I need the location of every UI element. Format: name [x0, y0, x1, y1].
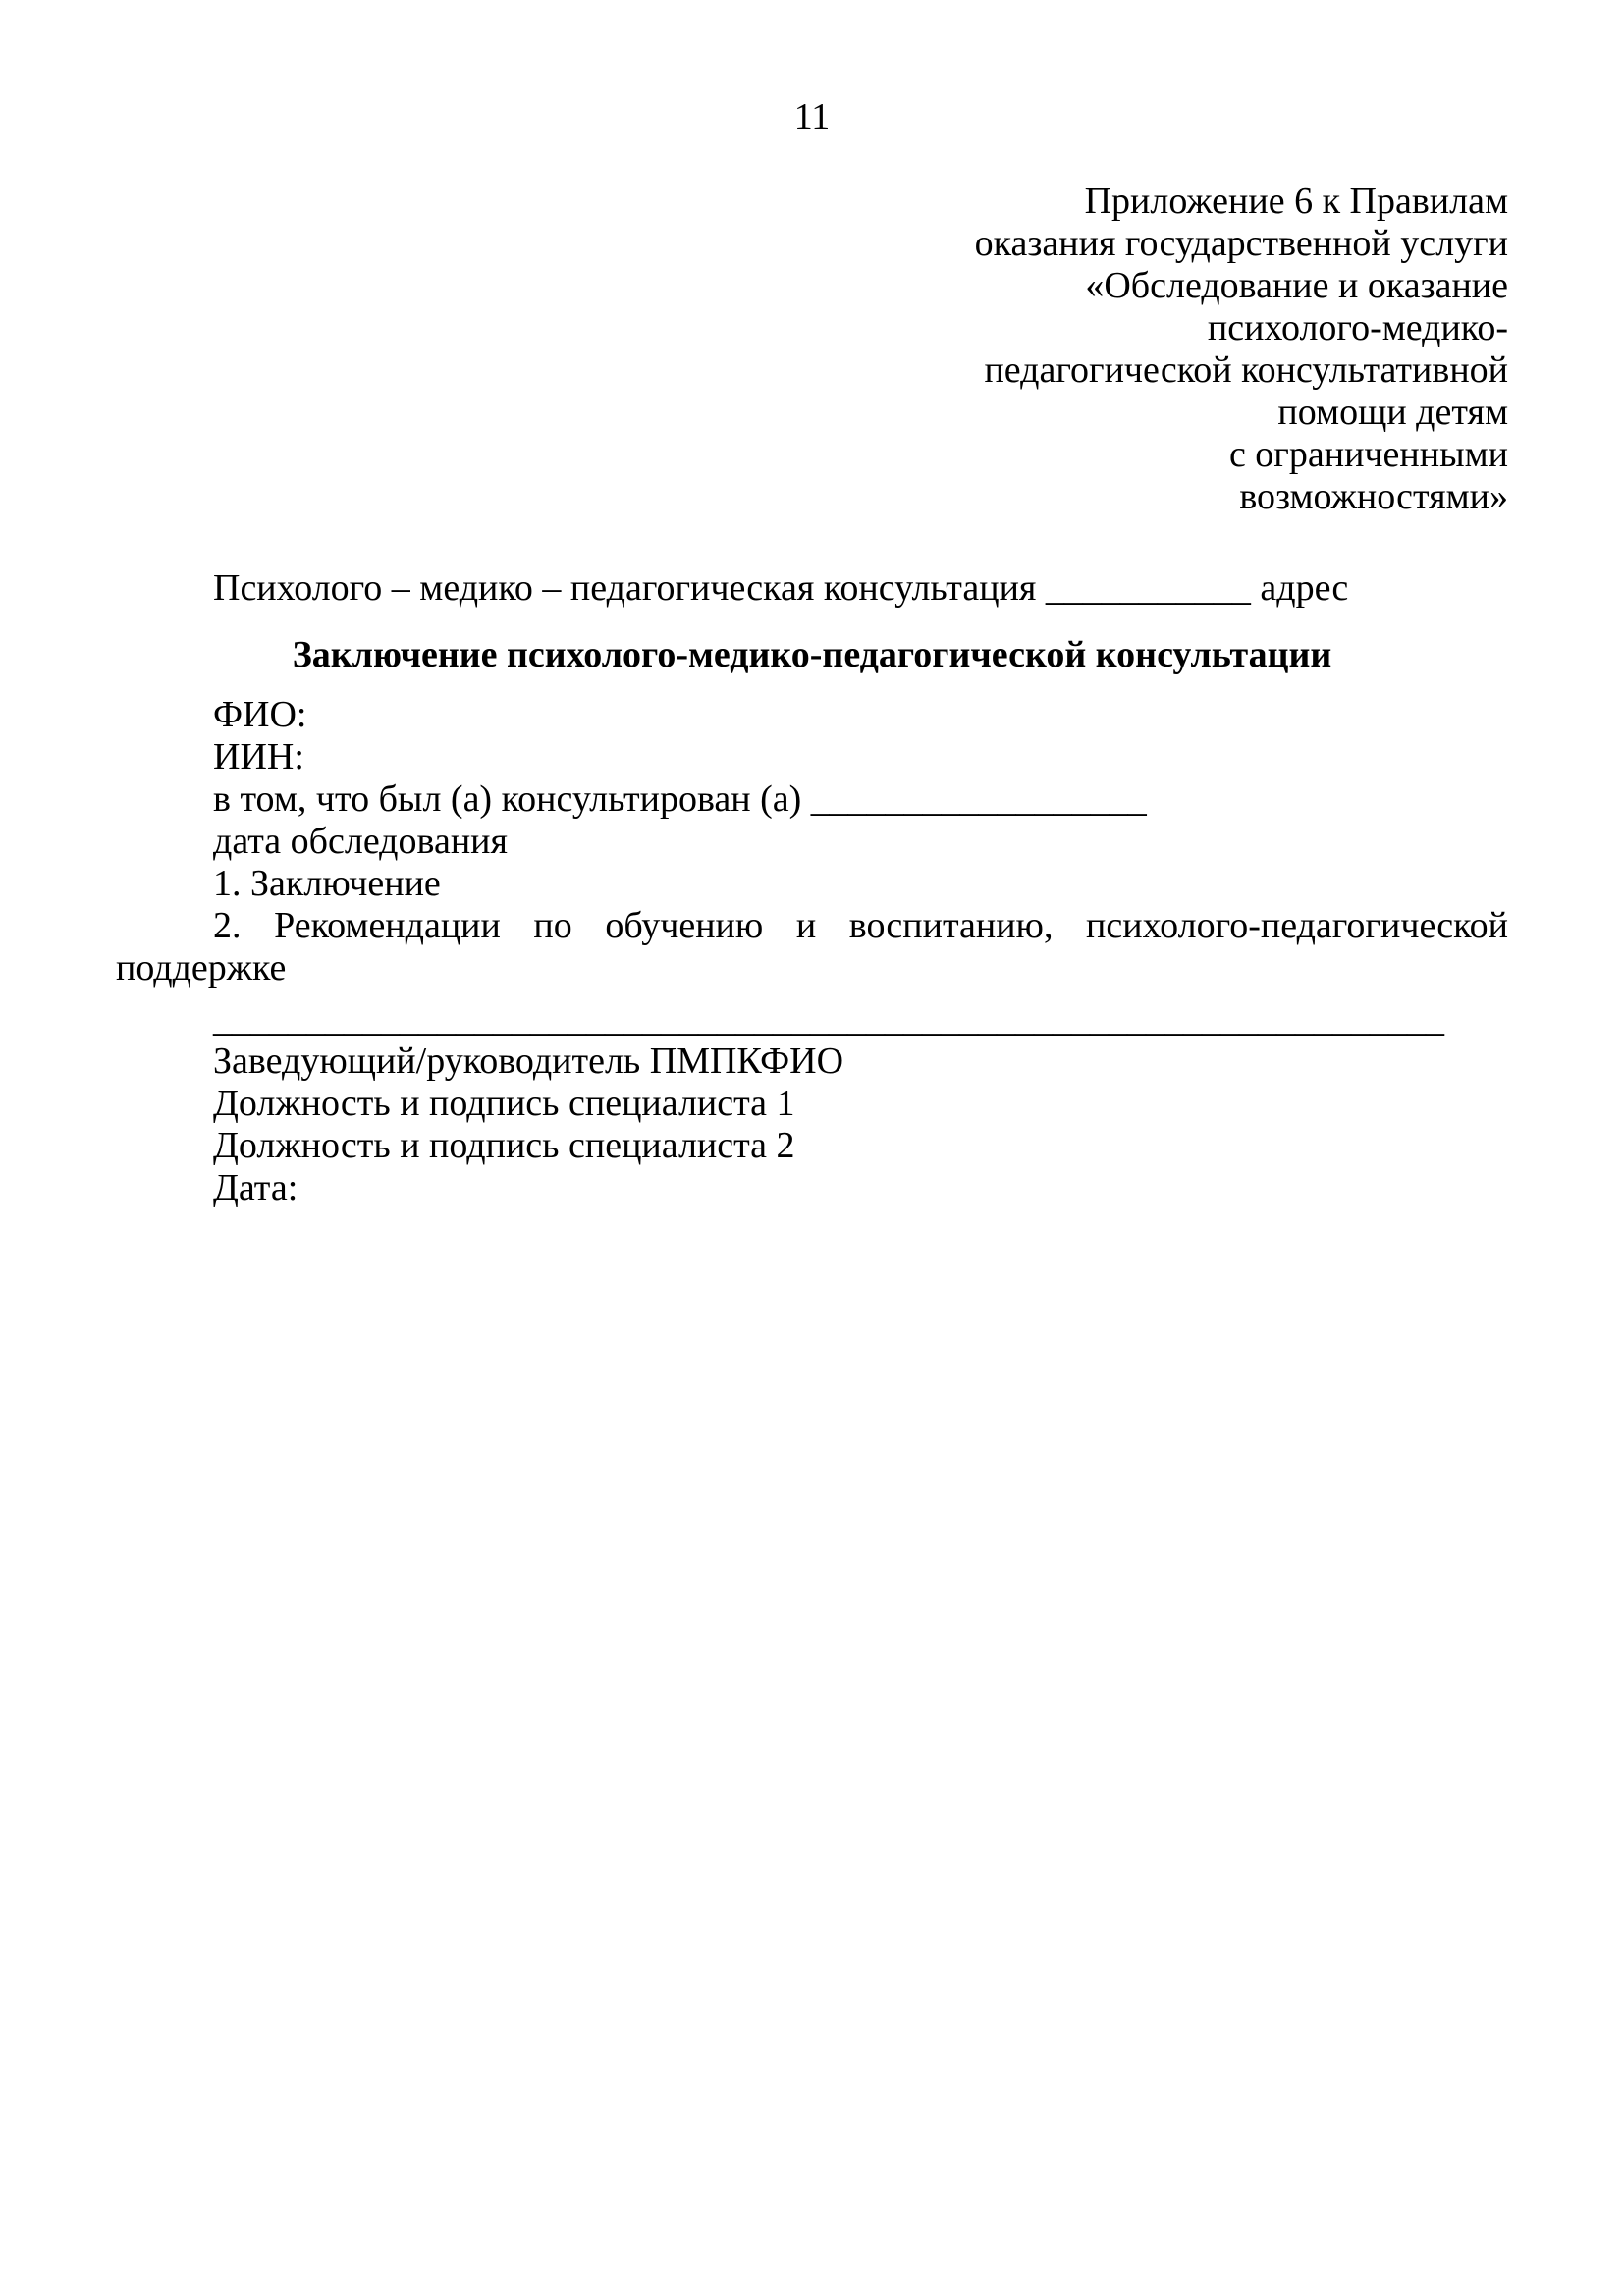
- iin-line: ИИН:: [116, 736, 1508, 778]
- exam-date-line: дата обследования: [116, 821, 1508, 863]
- appendix-line: Приложение 6 к Правилам: [116, 181, 1508, 223]
- recommendations-item-line-2: поддержке: [116, 947, 1508, 989]
- appendix-line: помощи детям: [116, 392, 1508, 434]
- document-title: Заключение психолого-медико-педагогическ…: [116, 634, 1508, 676]
- appendix-line: оказания государственной услуги: [116, 223, 1508, 265]
- appendix-line: педагогической консультативной: [116, 349, 1508, 392]
- head-signature-line: Заведующий/руководитель ПМПКФИО: [116, 1041, 1508, 1083]
- document-page: 11 Приложение 6 к Правилам оказания госу…: [0, 0, 1624, 2296]
- appendix-line: «Обследование и оказание: [116, 265, 1508, 307]
- page-number: 11: [116, 96, 1508, 138]
- recommendations-item-line-1: 2. Рекомендации по обучению и воспитанию…: [116, 905, 1508, 947]
- appendix-line: с ограниченными: [116, 434, 1508, 476]
- form-body: ФИО: ИИН: в том, что был (а) консультиро…: [116, 694, 1508, 1041]
- consulted-line: в том, что был (а) консультирован (а) __…: [116, 778, 1508, 821]
- appendix-reference: Приложение 6 к Правилам оказания государ…: [116, 181, 1508, 518]
- separator-line: ________________________________________…: [116, 998, 1508, 1041]
- consultation-name-blank: ___________: [1046, 567, 1251, 609]
- appendix-line: психолого-медико-: [116, 307, 1508, 349]
- appendix-line: возможностями»: [116, 476, 1508, 518]
- specialist1-signature-line: Должность и подпись специалиста 1: [116, 1083, 1508, 1125]
- consultation-intro-text: Психолого – медико – педагогическая конс…: [213, 567, 1036, 609]
- specialist2-signature-line: Должность и подпись специалиста 2: [116, 1125, 1508, 1167]
- consulted-text: в том, что был (а) консультирован (а): [213, 778, 801, 820]
- date-line: Дата:: [116, 1167, 1508, 1209]
- consultation-intro-line: Психолого – медико – педагогическая конс…: [116, 567, 1508, 610]
- address-label: адрес: [1260, 567, 1348, 609]
- signature-block: Заведующий/руководитель ПМПКФИО Должност…: [116, 1041, 1508, 1209]
- fio-line: ФИО:: [116, 694, 1508, 736]
- consulted-blank: __________________: [811, 778, 1147, 820]
- conclusion-item: 1. Заключение: [116, 863, 1508, 905]
